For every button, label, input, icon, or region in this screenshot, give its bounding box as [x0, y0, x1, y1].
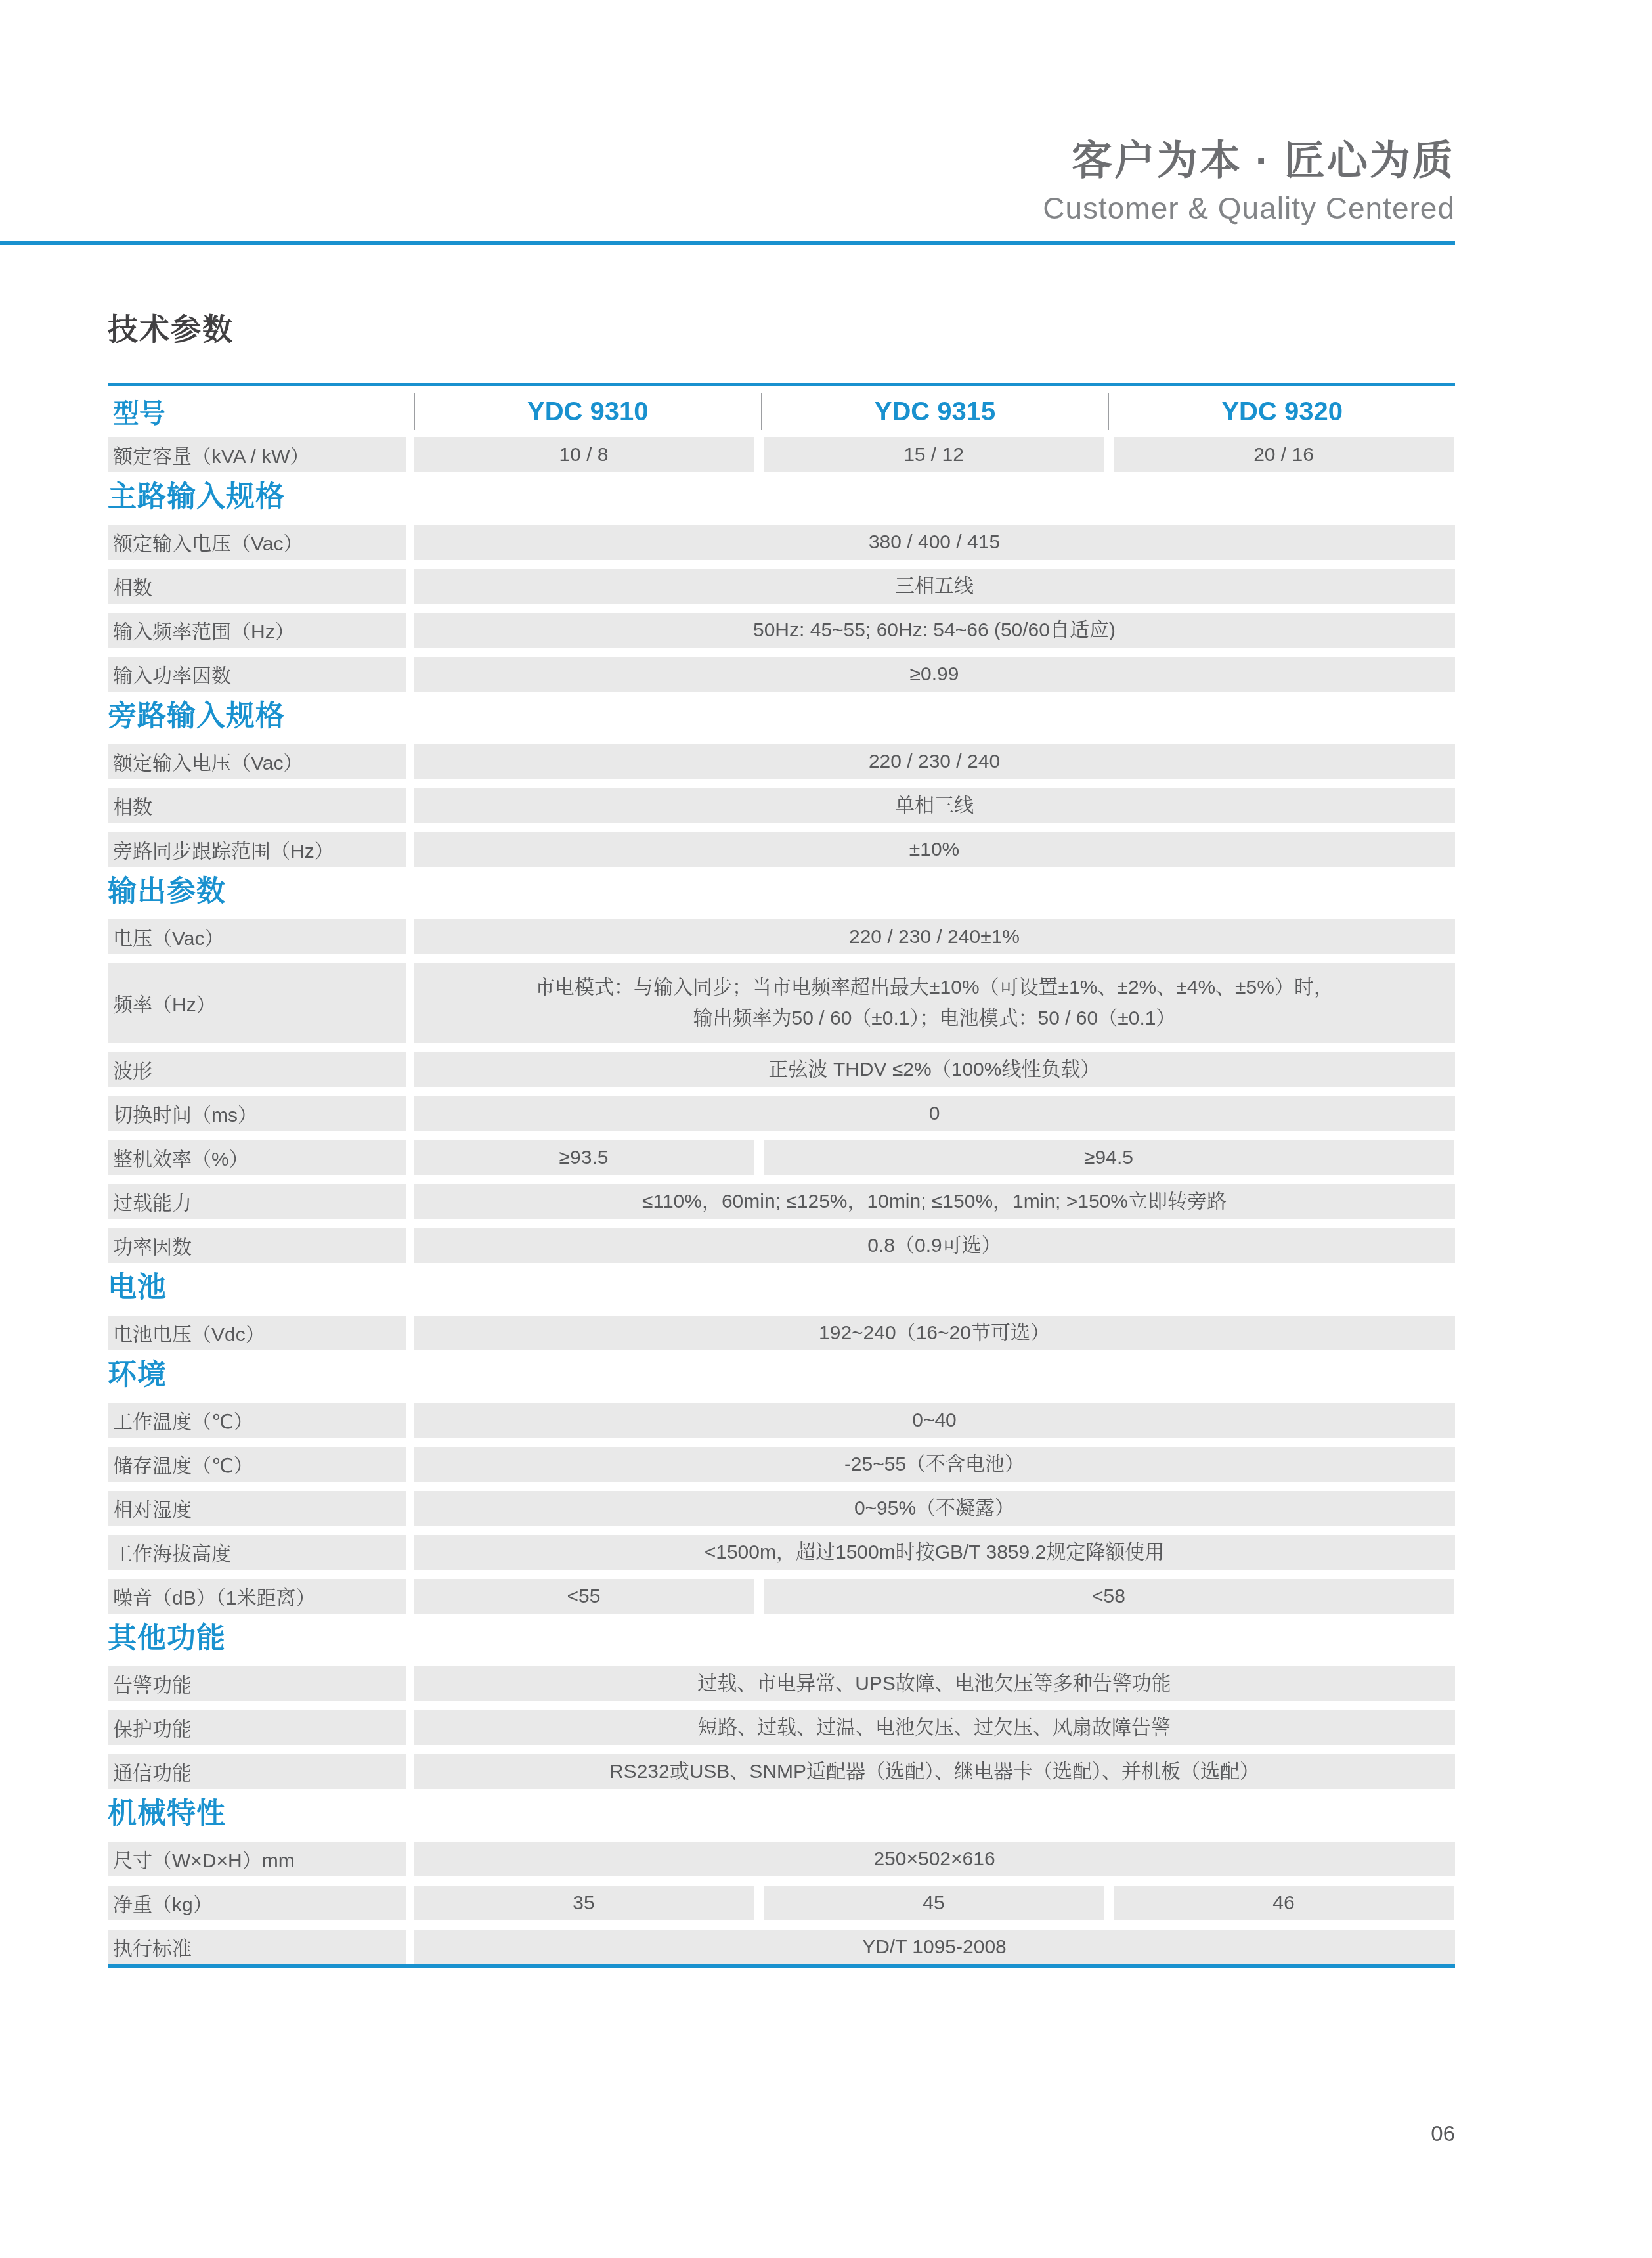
row-label: 执行标准	[108, 1930, 406, 1964]
value-cell: 单相三线	[414, 788, 1455, 823]
row-values: 192~240（16~20节可选）	[414, 1316, 1455, 1350]
row-label: 额定输入电压（Vac）	[108, 525, 406, 560]
value-cell: 220 / 230 / 240±1%	[414, 919, 1455, 954]
value-cell: 0~95%（不凝露）	[414, 1491, 1455, 1526]
value-cell: 短路、过载、过温、电池欠压、过欠压、风扇故障告警	[414, 1710, 1455, 1745]
value-cell: YD/T 1095-2008	[414, 1930, 1455, 1964]
row-label: 储存温度（℃）	[108, 1447, 406, 1482]
row-values: 单相三线	[414, 788, 1455, 823]
row-label: 过载能力	[108, 1184, 406, 1219]
row-label: 输入频率范围（Hz）	[108, 613, 406, 648]
spec-row: 相数三相五线	[108, 569, 1455, 604]
document-page: 客户为本 · 匠心为质 Customer & Quality Centered …	[0, 0, 1652, 2258]
row-label: 整机效率（%）	[108, 1140, 406, 1175]
row-values: ≤110%，60min; ≤125%，10min; ≤150%，1min; >1…	[414, 1184, 1455, 1219]
value-cell: <58	[764, 1579, 1454, 1614]
row-values: <55<58	[414, 1579, 1455, 1614]
row-values: 380 / 400 / 415	[414, 525, 1455, 560]
value-cell: RS232或USB、SNMP适配器（选配）、继电器卡（选配）、并机板（选配）	[414, 1754, 1455, 1789]
spec-row: 额定输入电压（Vac）380 / 400 / 415	[108, 525, 1455, 560]
value-cell: 0	[414, 1096, 1455, 1131]
row-label: 电压（Vac）	[108, 919, 406, 954]
row-values: ≥0.99	[414, 657, 1455, 692]
slogan-english: Customer & Quality Centered	[0, 192, 1455, 225]
section-title: 环境	[108, 1360, 1455, 1391]
value-cell: 三相五线	[414, 569, 1455, 604]
section-title: 电池	[108, 1272, 1455, 1304]
row-values: 正弦波 THDV ≤2%（100%线性负载）	[414, 1052, 1455, 1087]
spec-row: 相对湿度0~95%（不凝露）	[108, 1491, 1455, 1526]
value-cell: 35	[414, 1886, 754, 1920]
row-values: 0~95%（不凝露）	[414, 1491, 1455, 1526]
spec-row: 保护功能短路、过载、过温、电池欠压、过欠压、风扇故障告警	[108, 1710, 1455, 1745]
spec-row: 通信功能RS232或USB、SNMP适配器（选配）、继电器卡（选配）、并机板（选…	[108, 1754, 1455, 1789]
spec-row: 频率（Hz）市电模式：与输入同步；当市电频率超出最大±10%（可设置±1%、±2…	[108, 963, 1455, 1043]
row-label: 相数	[108, 788, 406, 823]
value-cell: 市电模式：与输入同步；当市电频率超出最大±10%（可设置±1%、±2%、±4%、…	[414, 963, 1455, 1043]
row-label: 功率因数	[108, 1228, 406, 1263]
spec-row: 额定输入电压（Vac）220 / 230 / 240	[108, 744, 1455, 779]
row-values: 0.8（0.9可选）	[414, 1228, 1455, 1263]
row-label: 额定容量（kVA / kW）	[108, 437, 406, 472]
spec-row: 电池电压（Vdc）192~240（16~20节可选）	[108, 1316, 1455, 1350]
page-content: 技术参数 型号 YDC 9310YDC 9315YDC 9320 额定容量（kV…	[108, 305, 1455, 1968]
row-values: 10 / 815 / 1220 / 16	[414, 437, 1455, 472]
row-label: 保护功能	[108, 1710, 406, 1745]
spec-row: 过载能力≤110%，60min; ≤125%，10min; ≤150%，1min…	[108, 1184, 1455, 1219]
section-title: 旁路输入规格	[108, 701, 1455, 732]
spec-row: 输入频率范围（Hz）50Hz: 45~55; 60Hz: 54~66 (50/6…	[108, 613, 1455, 648]
spec-row: 工作温度（℃）0~40	[108, 1403, 1455, 1438]
row-values: YD/T 1095-2008	[414, 1930, 1455, 1964]
row-label: 切换时间（ms）	[108, 1096, 406, 1131]
spec-row: 波形正弦波 THDV ≤2%（100%线性负载）	[108, 1052, 1455, 1087]
value-cell: 15 / 12	[764, 437, 1104, 472]
row-values: -25~55（不含电池）	[414, 1447, 1455, 1482]
model-name: YDC 9315	[761, 393, 1108, 430]
row-values: 三相五线	[414, 569, 1455, 604]
row-label: 电池电压（Vdc）	[108, 1316, 406, 1350]
row-values: 市电模式：与输入同步；当市电频率超出最大±10%（可设置±1%、±2%、±4%、…	[414, 963, 1455, 1043]
value-cell: 50Hz: 45~55; 60Hz: 54~66 (50/60自适应)	[414, 613, 1455, 648]
value-cell: 正弦波 THDV ≤2%（100%线性负载）	[414, 1052, 1455, 1087]
page-number: 06	[1431, 2121, 1455, 2146]
value-cell: 10 / 8	[414, 437, 754, 472]
row-values: 220 / 230 / 240±1%	[414, 919, 1455, 954]
model-cells: YDC 9310YDC 9315YDC 9320	[414, 393, 1455, 430]
value-cell: -25~55（不含电池）	[414, 1447, 1455, 1482]
row-values: <1500m，超过1500m时按GB/T 3859.2规定降额使用	[414, 1535, 1455, 1570]
row-values: 220 / 230 / 240	[414, 744, 1455, 779]
value-cell: 220 / 230 / 240	[414, 744, 1455, 779]
value-cell: ≥94.5	[764, 1140, 1454, 1175]
spec-row: 功率因数0.8（0.9可选）	[108, 1228, 1455, 1263]
page-title: 技术参数	[108, 305, 1455, 349]
spec-rows: 额定容量（kVA / kW）10 / 815 / 1220 / 16主路输入规格…	[108, 437, 1455, 1964]
spec-row: 额定容量（kVA / kW）10 / 815 / 1220 / 16	[108, 437, 1455, 472]
value-cell: ±10%	[414, 832, 1455, 867]
spec-row: 切换时间（ms）0	[108, 1096, 1455, 1131]
row-label: 告警功能	[108, 1666, 406, 1701]
row-values: 短路、过载、过温、电池欠压、过欠压、风扇故障告警	[414, 1710, 1455, 1745]
row-label: 噪音（dB）（1米距离）	[108, 1579, 406, 1614]
header-rule	[0, 241, 1455, 245]
row-values: ±10%	[414, 832, 1455, 867]
value-cell: 20 / 16	[1114, 437, 1454, 472]
spec-table: 型号 YDC 9310YDC 9315YDC 9320 额定容量（kVA / k…	[108, 383, 1455, 1968]
row-values: 0~40	[414, 1403, 1455, 1438]
slogan-chinese: 客户为本 · 匠心为质	[0, 139, 1455, 184]
spec-row: 电压（Vac）220 / 230 / 240±1%	[108, 919, 1455, 954]
row-label: 尺寸（W×D×H）mm	[108, 1842, 406, 1876]
row-label: 净重（kg）	[108, 1886, 406, 1920]
row-values: 354546	[414, 1886, 1455, 1920]
spec-row: 相数单相三线	[108, 788, 1455, 823]
value-cell: ≤110%，60min; ≤125%，10min; ≤150%，1min; >1…	[414, 1184, 1455, 1219]
row-label: 工作温度（℃）	[108, 1403, 406, 1438]
spec-row: 告警功能过载、市电异常、UPS故障、电池欠压等多种告警功能	[108, 1666, 1455, 1701]
value-line: 市电模式：与输入同步；当市电频率超出最大±10%（可设置±1%、±2%、±4%、…	[535, 972, 1334, 1003]
value-cell: <55	[414, 1579, 754, 1614]
row-label: 相数	[108, 569, 406, 604]
model-name: YDC 9320	[1108, 393, 1455, 430]
section-title: 其他功能	[108, 1623, 1455, 1654]
spec-row: 净重（kg）354546	[108, 1886, 1455, 1920]
row-label: 旁路同步跟踪范围（Hz）	[108, 832, 406, 867]
row-label: 工作海拔高度	[108, 1535, 406, 1570]
value-cell: 380 / 400 / 415	[414, 525, 1455, 560]
row-values: 250×502×616	[414, 1842, 1455, 1876]
row-values: RS232或USB、SNMP适配器（选配）、继电器卡（选配）、并机板（选配）	[414, 1754, 1455, 1789]
spec-row: 尺寸（W×D×H）mm250×502×616	[108, 1842, 1455, 1876]
page-header: 客户为本 · 匠心为质 Customer & Quality Centered	[0, 0, 1652, 245]
row-label: 通信功能	[108, 1754, 406, 1789]
value-cell: 46	[1114, 1886, 1454, 1920]
row-values: 50Hz: 45~55; 60Hz: 54~66 (50/60自适应)	[414, 613, 1455, 648]
value-cell: 过载、市电异常、UPS故障、电池欠压等多种告警功能	[414, 1666, 1455, 1701]
row-label: 相对湿度	[108, 1491, 406, 1526]
spec-row: 工作海拔高度<1500m，超过1500m时按GB/T 3859.2规定降额使用	[108, 1535, 1455, 1570]
section-title: 输出参数	[108, 876, 1455, 908]
row-label: 波形	[108, 1052, 406, 1087]
spec-row: 噪音（dB）（1米距离）<55<58	[108, 1579, 1455, 1614]
row-values: 过载、市电异常、UPS故障、电池欠压等多种告警功能	[414, 1666, 1455, 1701]
section-title: 机械特性	[108, 1798, 1455, 1830]
value-cell: ≥93.5	[414, 1140, 754, 1175]
value-cell: <1500m，超过1500m时按GB/T 3859.2规定降额使用	[414, 1535, 1455, 1570]
value-cell: 0~40	[414, 1403, 1455, 1438]
model-column-label: 型号	[108, 393, 406, 430]
value-cell: 250×502×616	[414, 1842, 1455, 1876]
value-cell: 0.8（0.9可选）	[414, 1228, 1455, 1263]
row-values: 0	[414, 1096, 1455, 1131]
spec-row: 执行标准YD/T 1095-2008	[108, 1930, 1455, 1964]
value-line: 输出频率为50 / 60（±0.1）；电池模式：50 / 60（±0.1）	[693, 1003, 1176, 1034]
value-cell: ≥0.99	[414, 657, 1455, 692]
row-label: 额定输入电压（Vac）	[108, 744, 406, 779]
spec-row: 整机效率（%）≥93.5≥94.5	[108, 1140, 1455, 1175]
section-title: 主路输入规格	[108, 481, 1455, 513]
value-cell: 45	[764, 1886, 1104, 1920]
spec-row: 旁路同步跟踪范围（Hz）±10%	[108, 832, 1455, 867]
row-values: ≥93.5≥94.5	[414, 1140, 1455, 1175]
model-name: YDC 9310	[414, 393, 761, 430]
spec-row: 输入功率因数≥0.99	[108, 657, 1455, 692]
spec-row: 储存温度（℃）-25~55（不含电池）	[108, 1447, 1455, 1482]
row-label: 输入功率因数	[108, 657, 406, 692]
table-header-row: 型号 YDC 9310YDC 9315YDC 9320	[108, 386, 1455, 437]
value-cell: 192~240（16~20节可选）	[414, 1316, 1455, 1350]
row-label: 频率（Hz）	[108, 963, 406, 1043]
table-bottom-rule	[108, 1964, 1455, 1968]
